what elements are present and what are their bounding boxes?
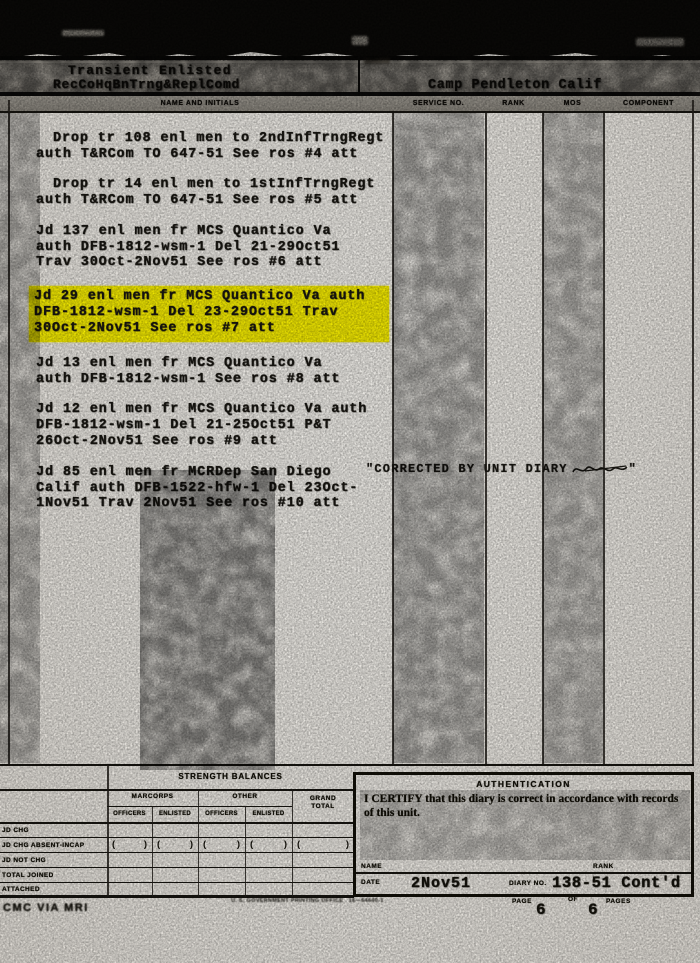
scan-speck (62, 30, 104, 36)
signature-scrawl-icon (571, 461, 629, 477)
corrected-note-closequote: " (629, 462, 637, 476)
diary-entry-line: DFB-1812-wsm-1 Del 21-25Oct51 P&T (36, 418, 396, 434)
column-header-rank: RANK (485, 100, 542, 107)
grand-total-line1: GRAND (292, 795, 354, 803)
paren-cell: () (152, 839, 198, 850)
table-rule (485, 113, 487, 765)
diary-entry: Jd 137 enl men fr MCS Quantico Vaauth DF… (36, 224, 396, 272)
row-label-attached: ATTACHED (2, 886, 40, 893)
printing-office-text: U. S. GOVERNMENT PRINTING OFFICE (231, 898, 343, 904)
group-other: OTHER (198, 793, 292, 800)
print-code: 16—64640-1 (349, 898, 384, 904)
diary-entry-line: 26Oct-2Nov51 See ros #9 att (36, 434, 396, 450)
diary-entry-line: Jd 13 enl men fr MCS Quantico Va (36, 356, 396, 372)
group-marcorps: MARCORPS (107, 793, 198, 800)
diary-no-label: DIARY NO. (509, 880, 547, 887)
diary-entry: Jd 13 enl men fr MCS Quantico Vaauth DFB… (36, 356, 396, 388)
entries: Drop tr 108 enl men to 2ndInfTrngRegtaut… (36, 131, 396, 527)
row-label-jd-chg-absent-incap: JD CHG ABSENT-INCAP (2, 842, 84, 849)
subheader-enlisted-marcorps: ENLISTED (152, 811, 198, 817)
location-value: Camp Pendleton Calif (428, 78, 602, 93)
diary-entry-line: auth DFB-1812-wsm-1 Del 21-29Oct51 (36, 240, 396, 256)
name-label: NAME (361, 863, 382, 870)
diary-entry-line: auth DFB-1812-wsm-1 See ros #8 att (36, 372, 396, 388)
printing-office-note: U. S. GOVERNMENT PRINTING OFFICE 16—6464… (231, 898, 384, 904)
subheader-officers-marcorps: OFFICERS (107, 811, 152, 817)
row-label-jd-not-chg: JD NOT CHG (2, 857, 46, 864)
diary-entry: Drop tr 14 enl men to 1stInfTrngRegtauth… (36, 177, 396, 209)
paren-cell: () (292, 839, 354, 850)
authentication-title: AUTHENTICATION (356, 779, 691, 789)
unit-name-line1: Transient Enlisted (68, 63, 232, 78)
subheader-officers-other: OFFICERS (198, 811, 245, 817)
diary-entry-line: Calif auth DFB-1522-hfw-1 Del 23Oct- (36, 481, 396, 497)
table-rule (542, 113, 544, 765)
strength-balances-table: STRENGTH BALANCES MARCORPS OTHER GRAND T… (0, 765, 354, 897)
diary-entry-line: DFB-1812-wsm-1 Del 23-29Oct51 Trav (34, 305, 381, 321)
pages-total: 6 (588, 901, 598, 919)
diary-entry-line: Drop tr 108 enl men to 2ndInfTrngRegt (36, 131, 396, 147)
page-number: 6 (536, 901, 546, 919)
of-label: OF (568, 896, 578, 903)
diary-entry-line: 30Oct-2Nov51 See ros #7 att (34, 321, 381, 337)
authentication-box: AUTHENTICATION I CERTIFY that this diary… (353, 772, 694, 897)
diary-entry-line: Drop tr 14 enl men to 1stInfTrngRegt (36, 177, 396, 193)
column-header-service-no: SERVICE NO. (392, 100, 485, 107)
paren-cell: () (245, 839, 292, 850)
date-label: DATE (361, 879, 380, 886)
grand-total-header: GRAND TOTAL (292, 795, 354, 810)
diary-entry-line: Jd 137 enl men fr MCS Quantico Va (36, 224, 396, 240)
scan-black-band (0, 0, 700, 63)
diary-entry-line: 1Nov51 Trav 2Nov51 See ros #10 att (36, 496, 396, 512)
unit-diary-scan-page: Transient Enlisted RecCoHqBnTrng&ReplCom… (0, 0, 700, 963)
column-header-name: NAME AND INITIALS (8, 100, 392, 107)
pages-label: PAGES (606, 898, 631, 905)
row-label-total-joined: TOTAL JOINED (2, 872, 54, 879)
table-right-border (692, 100, 694, 765)
grand-total-line2: TOTAL (292, 803, 354, 811)
rank-label: RANK (593, 863, 614, 870)
diary-entry-line: Jd 85 enl men fr MCRDep San Diego (36, 465, 396, 481)
diary-entry-line: Jd 29 enl men fr MCS Quantico Va auth (34, 289, 381, 305)
date-value: 2Nov51 (411, 875, 471, 892)
diary-entry: Jd 12 enl men fr MCS Quantico Va authDFB… (36, 402, 396, 450)
paren-cell: () (198, 839, 245, 850)
diary-entry-line: Trav 30Oct-2Nov51 See ros #6 att (36, 255, 396, 271)
scan-speck (352, 36, 368, 45)
certify-statement: I CERTIFY that this diary is correct in … (364, 793, 686, 820)
strength-balances-title: STRENGTH BALANCES (107, 772, 354, 781)
corrected-note: "CORRECTED BY UNIT DIARY " (366, 461, 637, 477)
routing-stamp: CMC VIA MRI (3, 902, 89, 914)
page-label: PAGE (512, 898, 532, 905)
diary-entry-line: Jd 12 enl men fr MCS Quantico Va auth (36, 402, 396, 418)
diary-entry-highlighted: Jd 29 enl men fr MCS Quantico Va authDFB… (29, 286, 389, 342)
corrected-note-text: "CORRECTED BY UNIT DIARY (366, 462, 568, 476)
table-rule (603, 113, 605, 765)
subheader-enlisted-other: ENLISTED (245, 811, 292, 817)
diary-entry-line: auth T&RCom TO 647-51 See ros #4 att (36, 147, 396, 163)
diary-entry: Drop tr 108 enl men to 2ndInfTrngRegtaut… (36, 131, 396, 163)
paren-cell: () (107, 839, 152, 850)
unit-name-line2: RecCoHqBnTrng&ReplComd (53, 77, 240, 92)
scan-speck (636, 38, 684, 46)
diary-entry-line: auth T&RCom TO 647-51 See ros #5 att (36, 193, 396, 209)
diary-entry: Jd 85 enl men fr MCRDep San DiegoCalif a… (36, 465, 396, 513)
table-left-border (8, 100, 10, 765)
diary-no-value: 138-51 Cont'd (552, 874, 681, 892)
column-header-component: COMPONENT (603, 100, 694, 107)
column-header-mos: MOS (542, 100, 603, 107)
row-label-jd-chg: JD CHG (2, 827, 29, 834)
